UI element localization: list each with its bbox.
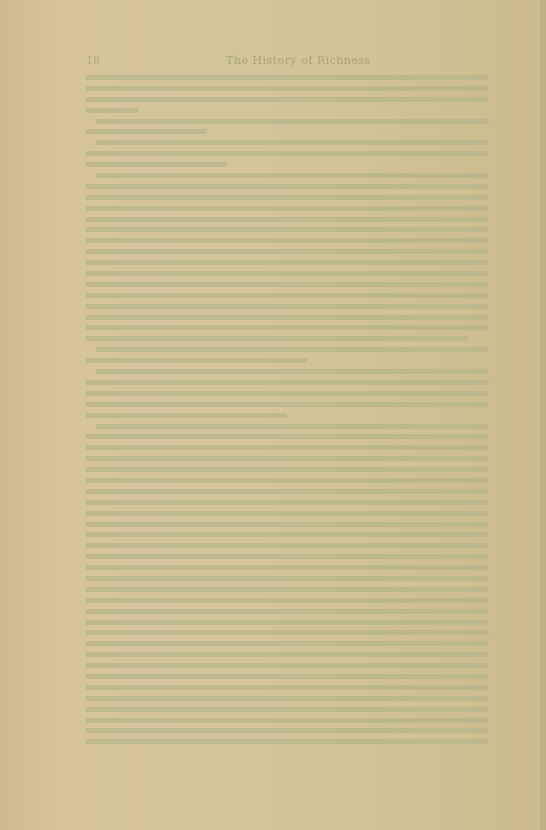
text-line (86, 224, 488, 235)
text-line (86, 72, 488, 83)
text-line (86, 214, 488, 225)
text-line (86, 595, 488, 606)
text-line (86, 497, 488, 508)
text-line (86, 94, 488, 105)
text-line (86, 116, 488, 127)
text-line (86, 257, 488, 268)
text-line (86, 475, 488, 486)
text-line (86, 181, 488, 192)
text-line (86, 671, 488, 682)
text-line (86, 638, 488, 649)
text-line (86, 410, 488, 421)
text-line (86, 693, 488, 704)
text-line (86, 584, 488, 595)
text-line (86, 562, 488, 573)
page-edge (540, 0, 546, 830)
text-line (86, 159, 488, 170)
text-line (86, 682, 488, 693)
text-line (86, 203, 488, 214)
text-line (86, 660, 488, 671)
text-line (86, 486, 488, 497)
running-head: The History of Richness (226, 54, 371, 67)
body-text (86, 72, 488, 747)
text-line (86, 344, 488, 355)
text-line (86, 442, 488, 453)
page-header: 18 The History of Richness (86, 54, 486, 68)
text-line (86, 704, 488, 715)
text-line (86, 649, 488, 660)
text-line (86, 355, 488, 366)
text-line (86, 388, 488, 399)
text-line (86, 279, 488, 290)
text-line (86, 322, 488, 333)
book-page: 18 The History of Richness (0, 0, 546, 830)
text-line (86, 453, 488, 464)
page-number: 18 (86, 54, 100, 67)
text-line (86, 301, 488, 312)
text-line (86, 725, 488, 736)
text-line (86, 715, 488, 726)
text-line (86, 519, 488, 530)
text-line (86, 573, 488, 584)
text-line (86, 464, 488, 475)
text-line (86, 148, 488, 159)
text-line (86, 290, 488, 301)
text-line (86, 540, 488, 551)
text-line (86, 312, 488, 323)
text-line (86, 126, 488, 137)
text-line (86, 170, 488, 181)
text-line (86, 508, 488, 519)
text-line (86, 606, 488, 617)
text-line (86, 246, 488, 257)
text-line (86, 399, 488, 410)
text-line (86, 366, 488, 377)
text-line (86, 105, 488, 116)
text-line (86, 192, 488, 203)
text-line (86, 333, 488, 344)
text-line (86, 421, 488, 432)
text-line (86, 137, 488, 148)
text-line (86, 83, 488, 94)
text-line (86, 627, 488, 638)
text-line (86, 617, 488, 628)
text-line (86, 377, 488, 388)
text-line (86, 736, 488, 747)
text-line (86, 529, 488, 540)
text-line (86, 431, 488, 442)
text-line (86, 551, 488, 562)
text-line (86, 268, 488, 279)
text-line (86, 235, 488, 246)
